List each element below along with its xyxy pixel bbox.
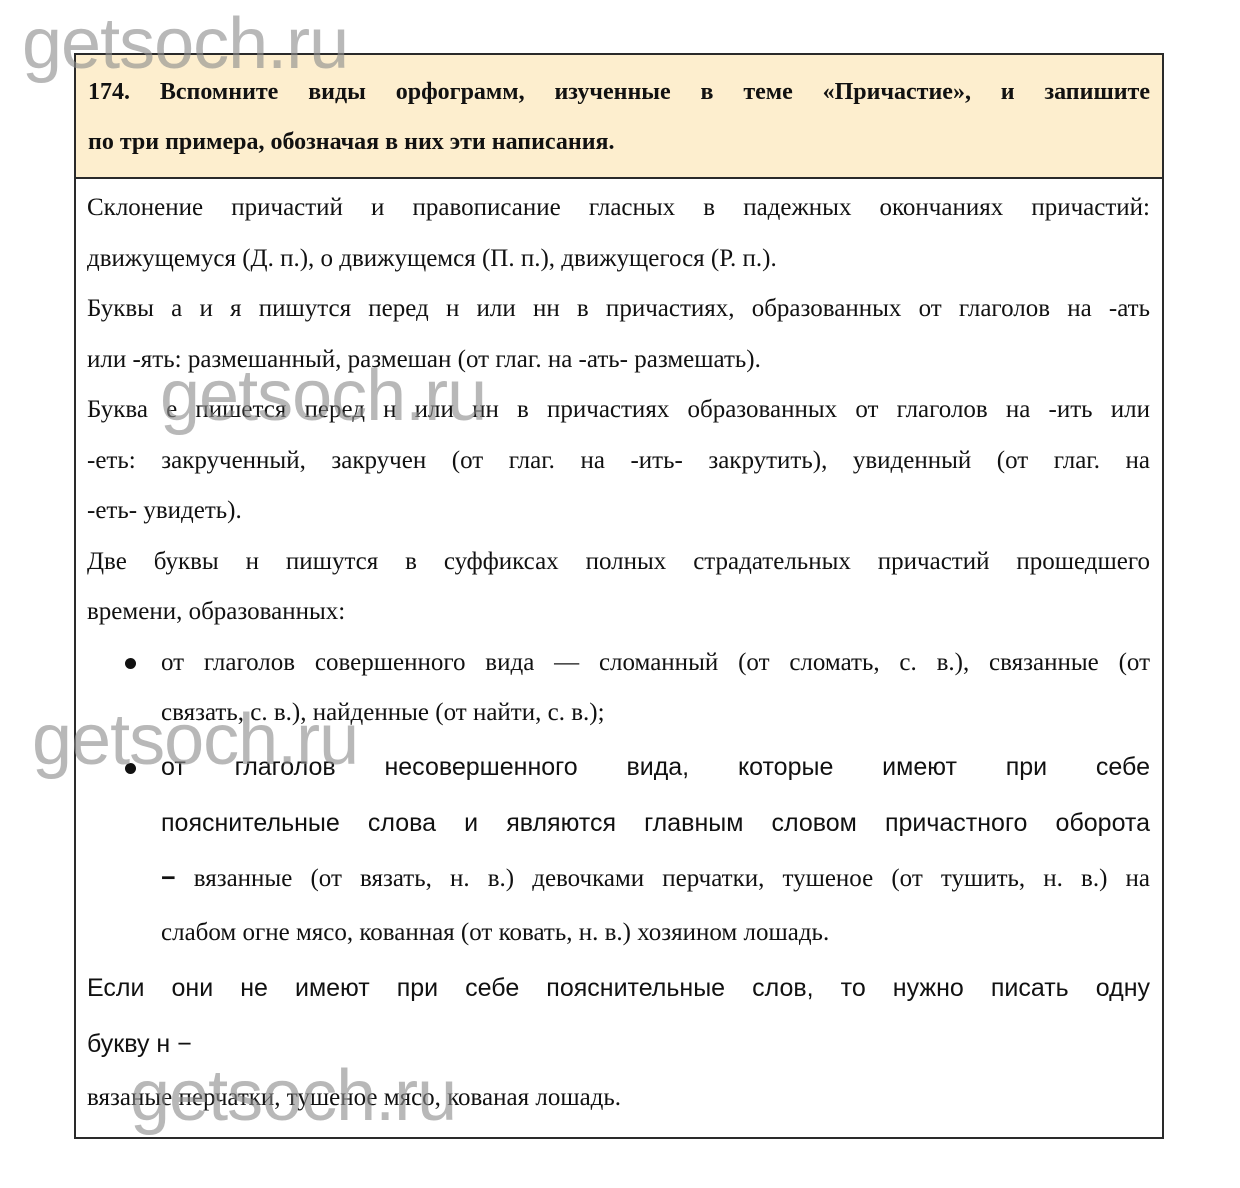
answer-paragraph-declension: Склонение причастий и правописание гласн… [87,183,1150,284]
task-prompt-line1: Вспомните виды орфограмм, изученные в те… [160,79,1150,105]
dash-mark: − [161,864,176,892]
task-prompt: 174. Вспомните виды орфограмм, изученные… [76,55,1162,179]
answer-paragraph-double-n: Две буквы н пишутся в суффиксах полных с… [87,537,1150,638]
list-item: от глаголов несовершенного вида, которые… [87,739,1150,960]
bullet-list: от глаголов совершенного вида — сломанны… [87,638,1150,960]
task-card: 174. Вспомните виды орфограмм, изученные… [74,53,1164,1139]
answer-paragraph-a-ya: Буквы а и я пишутся перед н или нн в при… [87,284,1150,385]
bullet-icon [125,658,136,669]
task-number: 174. [88,79,130,105]
answer-paragraph-e: Буква е пишется перед н или нн в причаст… [87,385,1150,537]
answer-body: Склонение причастий и правописание гласн… [76,179,1162,1124]
task-prompt-text: 174. Вспомните виды орфограмм, изученные… [88,67,1150,167]
bullet-icon [125,763,136,774]
list-item: от глаголов совершенного вида — сломанны… [87,638,1150,739]
answer-paragraph-single-n: Если они не имеют при себе пояснительные… [87,960,1150,1072]
answer-paragraph-examples: вязаные перчатки, тушеное мясо, кованая … [87,1072,1150,1124]
task-prompt-line2: по три примера, обозначая в них эти напи… [88,129,615,155]
